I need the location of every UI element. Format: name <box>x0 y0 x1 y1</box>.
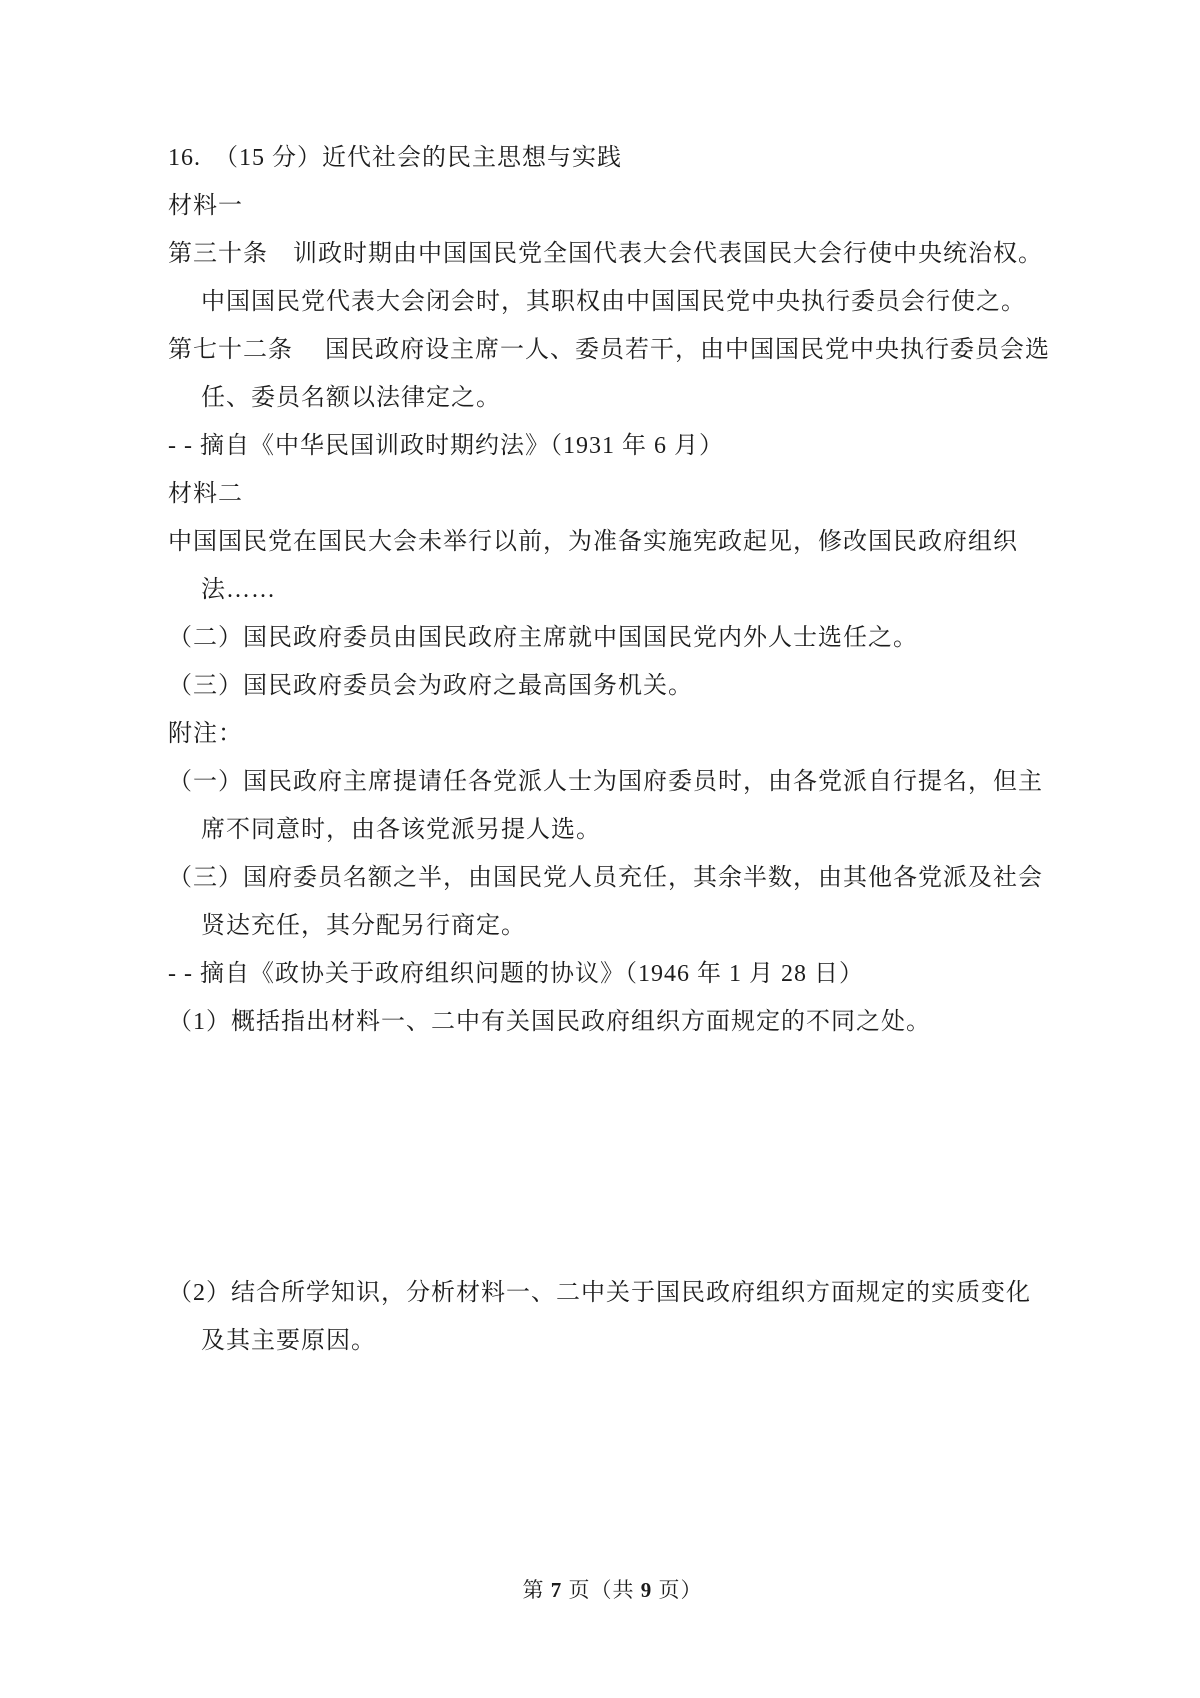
material-1-article-72: 第七十二条 国民政府设主席一人、委员若干，由中国国民党中央执行委员会选 <box>168 326 1078 374</box>
question-16-header: 16. （15 分）近代社会的民主思想与实践 <box>168 134 1078 182</box>
exam-paper-page: 16. （15 分）近代社会的民主思想与实践 材料一 第三十条 训政时期由中国国… <box>0 0 1200 1698</box>
material-1-article-72-cont: 任、委员名额以法律定之。 <box>168 374 1078 422</box>
material-1-source: - - 摘自《中华民国训政时期约法》（1931 年 6 月） <box>168 422 1078 470</box>
material-1-label: 材料一 <box>168 182 1078 230</box>
material-2-item-2: （二）国民政府委员由国民政府主席就中国国民党内外人士选任之。 <box>168 614 1078 662</box>
material-1-article-30-cont: 中国国民党代表大会闭会时，其职权由中国国民党中央执行委员会行使之。 <box>168 278 1078 326</box>
material-2-intro-cont: 法…… <box>168 566 1078 614</box>
annotation-item-3-cont: 贤达充任，其分配另行商定。 <box>168 902 1078 950</box>
page-number: 7 <box>551 1578 563 1602</box>
footer-middle: 页（共 <box>562 1578 641 1602</box>
material-2-item-3: （三）国民政府委员会为政府之最高国务机关。 <box>168 662 1078 710</box>
total-pages: 9 <box>641 1578 653 1602</box>
material-2-source: - - 摘自《政协关于政府组织问题的协议》（1946 年 1 月 28 日） <box>168 950 1078 998</box>
annotation-item-1: （一）国民政府主席提请任各党派人士为国府委员时，由各党派自行提名，但主 <box>168 758 1078 806</box>
footer-suffix: 页） <box>652 1578 702 1602</box>
material-1-article-30: 第三十条 训政时期由中国国民党全国代表大会代表国民大会行使中央统治权。 <box>168 230 1078 278</box>
question-part-2: （2）结合所学知识，分析材料一、二中关于国民政府组织方面规定的实质变化 <box>168 1269 1078 1317</box>
material-2-label: 材料二 <box>168 470 1078 518</box>
question-part-2-cont: 及其主要原因。 <box>168 1317 1078 1365</box>
annotation-label: 附注： <box>168 710 1078 758</box>
page-footer: 第 7 页（共 9 页） <box>0 1545 1200 1575</box>
annotation-item-3: （三）国府委员名额之半，由国民党人员充任，其余半数，由其他各党派及社会 <box>168 854 1078 902</box>
material-2-intro: 中国国民党在国民大会未举行以前，为准备实施宪政起见，修改国民政府组织 <box>168 518 1078 566</box>
page-content: 16. （15 分）近代社会的民主思想与实践 材料一 第三十条 训政时期由中国国… <box>168 134 1078 1365</box>
footer-prefix: 第 <box>523 1578 551 1602</box>
question-part-1: （1）概括指出材料一、二中有关国民政府组织方面规定的不同之处。 <box>168 998 1078 1046</box>
annotation-item-1-cont: 席不同意时，由各该党派另提人选。 <box>168 806 1078 854</box>
